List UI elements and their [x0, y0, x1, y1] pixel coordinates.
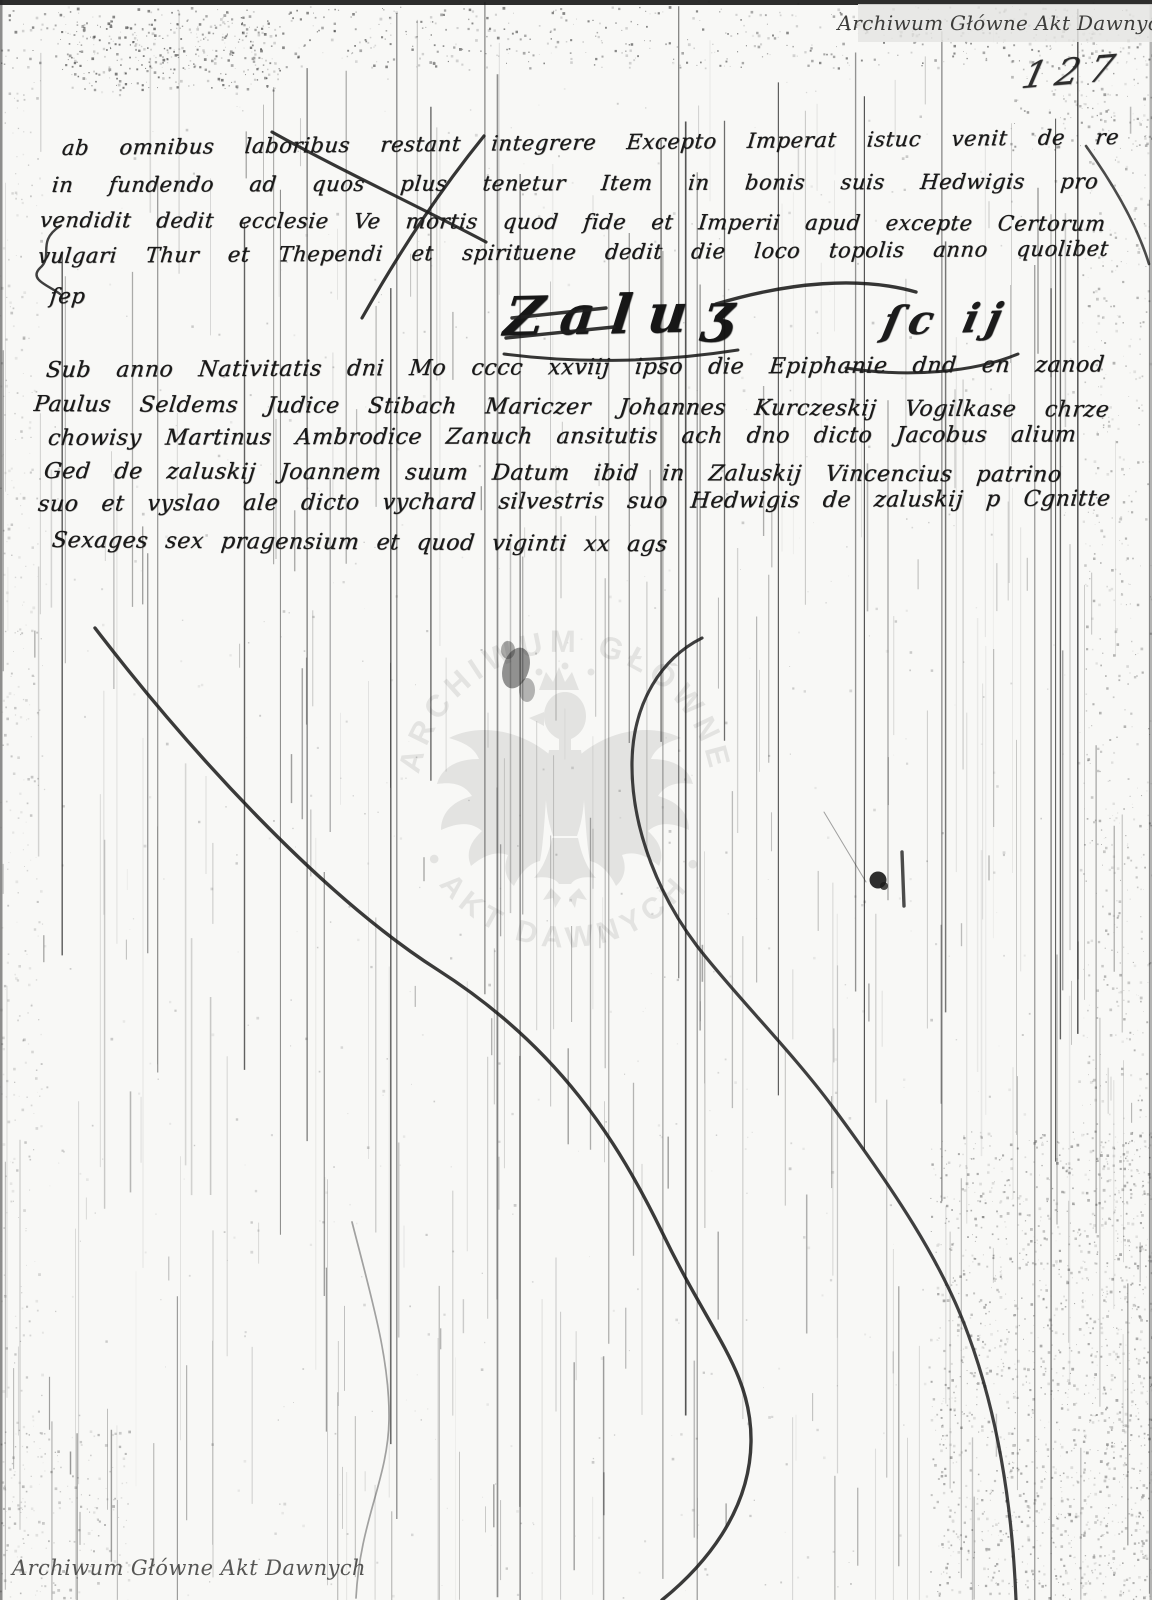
ink-smudges — [497, 641, 888, 890]
entry-heading-mark: ſc ij — [878, 294, 1014, 345]
manuscript-text-layer: 127 Zaluʒ ſc ij ab omnibus laboribus res… — [0, 0, 1152, 1600]
ink-dash — [902, 852, 904, 906]
margin-diagonal-stroke — [1086, 146, 1149, 264]
ink-strokes-layer — [0, 0, 1152, 1600]
manuscript-line: ab omnibus laboribus restant integrere E… — [61, 125, 1120, 160]
hairline-scratch — [824, 812, 866, 882]
manuscript-line: in fundendo ad quos plus tenetur Item in… — [51, 169, 1100, 197]
long-ink-stroke-left — [95, 628, 751, 1600]
manuscript-line: vulgari Thur et Thependi et spirituene d… — [37, 237, 1110, 268]
manuscript-line: ſep — [49, 284, 142, 308]
watermark-eagle-icon — [437, 663, 693, 909]
heading-z-bar — [512, 308, 606, 318]
entry-heading: Zaluʒ — [501, 279, 754, 348]
scanned-manuscript-page: ARCHIWUM GŁÓWNE • AKT DAWNYCH • 127 Z — [0, 0, 1152, 1600]
margin-brace — [37, 226, 60, 294]
heading-underswash — [504, 350, 738, 360]
manuscript-line: Ged de zaluskij Joannem suum Datum ibid … — [43, 459, 1063, 488]
manuscript-line: Paulus Seldems Judice Stibach Mariczer J… — [33, 392, 1111, 423]
cross-out-stroke — [272, 132, 486, 242]
faint-scratch-arc — [352, 1222, 389, 1598]
manuscript-line: Sexages sex pragensium et quod viginti x… — [51, 528, 669, 557]
archive-banner-label: Archiwum Główne Akt Dawnych — [838, 11, 1152, 35]
manuscript-line: Sub anno Nativitatis dni Mo cccc xxviij … — [45, 352, 1106, 383]
page-number: 127 — [1018, 46, 1128, 97]
watermark-arc-bottom: • AKT DAWNYCH • — [417, 847, 713, 956]
manuscript-line: vendidit dedit ecclesie Ve mortis quod f… — [39, 208, 1107, 236]
agad-watermark: ARCHIWUM GŁÓWNE • AKT DAWNYCH • — [0, 0, 1152, 1600]
heading-z-bar — [506, 327, 614, 338]
ink-blot — [870, 872, 887, 889]
cross-out-stroke — [362, 136, 484, 318]
archive-banner: Archiwum Główne Akt Dawnych — [858, 4, 1152, 42]
heading-overswash — [716, 283, 916, 304]
archive-credit-label: Archiwum Główne Akt Dawnych — [12, 1556, 366, 1580]
long-ink-stroke-right — [632, 638, 1016, 1600]
watermark-arc-top: ARCHIWUM GŁÓWNE — [392, 624, 739, 776]
manuscript-line: chowisy Martinus Ambrodice Zanuch ansitu… — [47, 422, 1078, 451]
manuscript-line: suo et vyslao ale dicto vychard silvestr… — [37, 486, 1112, 517]
scan-noise-layer — [0, 0, 1152, 1600]
heading-ij-underline — [846, 354, 1018, 373]
